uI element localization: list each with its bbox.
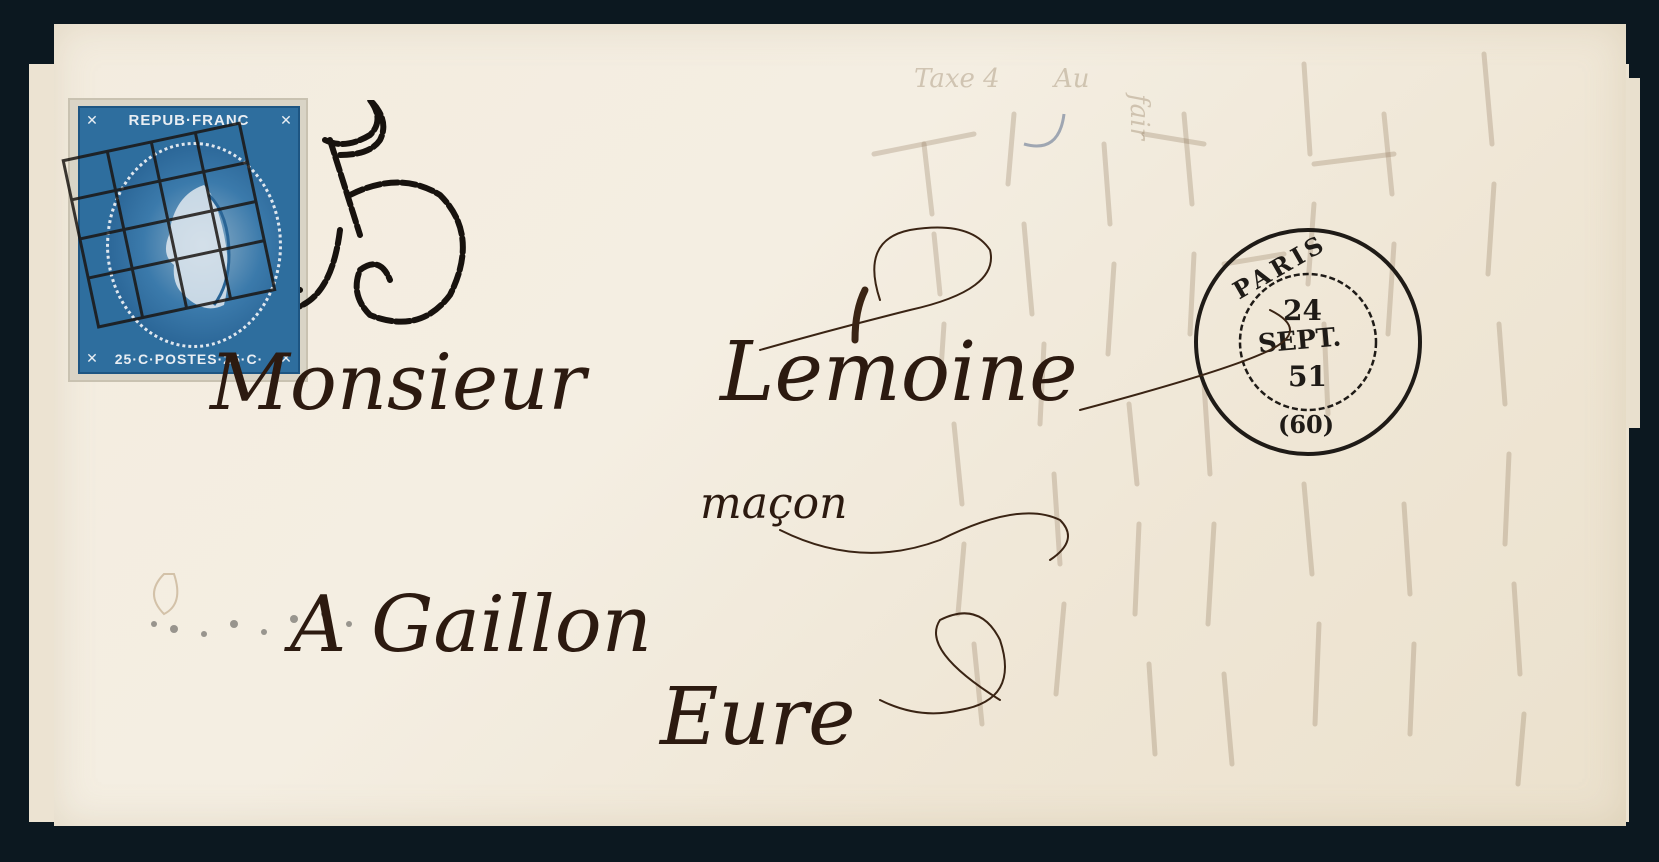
address-salutation: Monsieur	[210, 338, 586, 428]
address-city: A Gaillon	[290, 580, 652, 670]
address-region: Eure	[660, 670, 856, 763]
address-name: Lemoine	[720, 325, 1078, 420]
address-occupation: maçon	[700, 478, 847, 529]
